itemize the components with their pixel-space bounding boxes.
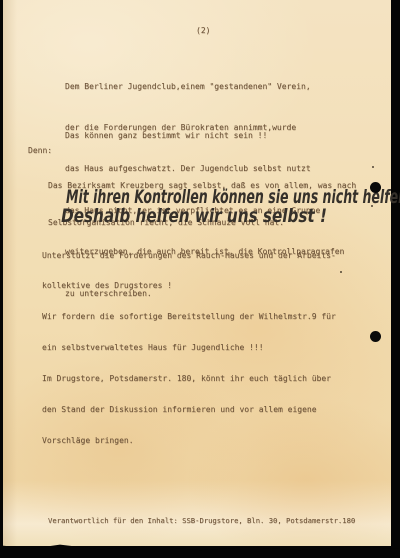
scan-speck bbox=[372, 166, 374, 168]
paragraph-forderungen: Unterstützt die Forderungen des Rauch-Ha… bbox=[42, 230, 336, 457]
scan-speck bbox=[340, 271, 342, 273]
denn-label: Denn: bbox=[28, 146, 52, 155]
page-number: (2) bbox=[196, 26, 210, 35]
footer-imprint: Verantwortlich für den Inhalt: SSB-Drugs… bbox=[48, 516, 355, 525]
text-line: Wir fordern die sofortige Bereitstellung… bbox=[42, 312, 336, 322]
text-line: Im Drugstore, Potsdamerstr. 180, könnt i… bbox=[42, 374, 336, 384]
handwritten-headline-line2: Deshalb helfen wir uns selbst ! bbox=[39, 206, 349, 226]
text-line: Dem Berliner Jugendclub,einem "gestanden… bbox=[65, 80, 344, 94]
text-line: den Stand der Diskussion informieren und… bbox=[42, 405, 336, 415]
handwritten-headline-line1: Mit ihren Kontrollen können sie uns nich… bbox=[66, 187, 322, 207]
scan-speck bbox=[371, 205, 373, 207]
scanned-flyer-page: { "scan": { "background_color": "#050505… bbox=[0, 0, 400, 558]
punch-hole-icon bbox=[370, 182, 381, 193]
text-line: ein selbstverwaltetes Haus für Jugendlic… bbox=[42, 343, 336, 353]
text-line: Unterstützt die Forderungen des Rauch-Ha… bbox=[42, 251, 336, 261]
text-line: Vorschläge bringen. bbox=[42, 436, 336, 446]
emphasis-line: Das können ganz bestimmt wir nicht sein … bbox=[65, 131, 267, 140]
punch-hole-icon bbox=[370, 331, 381, 342]
text-line: kollektive des Drugstores ! bbox=[42, 281, 336, 291]
